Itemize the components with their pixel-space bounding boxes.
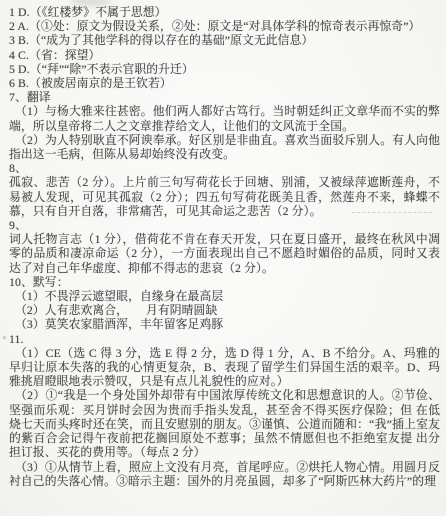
answer-line-q4: 4 C.（省：探望）	[9, 48, 440, 62]
q10-heading: 10、默写：	[9, 275, 440, 289]
q10-dictation-2: （2）人有悲欢离合， 月有阴晴圆缺	[9, 303, 440, 317]
answer-line-q5: 5 D.（“拜”“除”不表示官职的升迁）	[9, 62, 440, 76]
answer-line-q6: 6 B.（被废居南京的是王钦若）	[9, 76, 440, 90]
q7-translation-2: （2）为人特别耿直不阿谀奉承。好区别是非曲直。喜欢当面驳斥别人。有人向他指出这一…	[9, 133, 440, 161]
scan-speck-artifact	[3, 336, 6, 339]
q9-answer: 词人托物言志（1 分），借荷花不肯在春天开发，只在夏日盛开，最终在秋风中凋零的品…	[9, 232, 440, 275]
q11-part3: （3）①从情节上看，照应上文没有月亮，首尾呼应。②烘托人物心情。用圆月反衬自己的…	[9, 460, 440, 488]
q10-dictation-3: （3）莫笑农家腊酒浑，丰年留客足鸡豚	[9, 317, 440, 331]
faint-dashed-line-artifact	[352, 212, 432, 213]
q7-translation-1: （1）与杨大雅来往甚密。他们两人都好古笃行。当时朝廷纠正文章华而不实的弊端，所以…	[9, 104, 440, 132]
q9-label: 9、	[9, 218, 440, 232]
q10-dictation-1: （1）不畏浮云遮望眼，自缘身在最高层	[9, 289, 440, 303]
q8-label: 8、	[9, 161, 440, 175]
q11-label: 11.	[9, 332, 440, 346]
answer-line-q3: 3 B.（“成为了其他学科的得以存在的基础”原文无此信息）	[9, 33, 440, 47]
q11-part2: （2）①“我是一个身处国外却带有中国浓厚传统文化和思想意识的人。②节俭、坚强而乐…	[9, 388, 440, 459]
q7-heading: 7、翻译	[9, 90, 440, 104]
q11-part1: （1）CE（选 C 得 3 分，选 E 得 2 分，选 D 得 1 分，A、B …	[9, 346, 440, 389]
scanned-answer-sheet: 1 D.（《红楼梦》不属于思想） 2 A.（①处：原文为假设关系，②处：原文是“…	[0, 0, 446, 516]
answer-line-q2: 2 A.（①处：原文为假设关系，②处：原文是“对具体学科的惊奇表示再惊奇”）	[9, 19, 440, 33]
answer-line-q1: 1 D.（《红楼梦》不属于思想）	[9, 5, 440, 19]
